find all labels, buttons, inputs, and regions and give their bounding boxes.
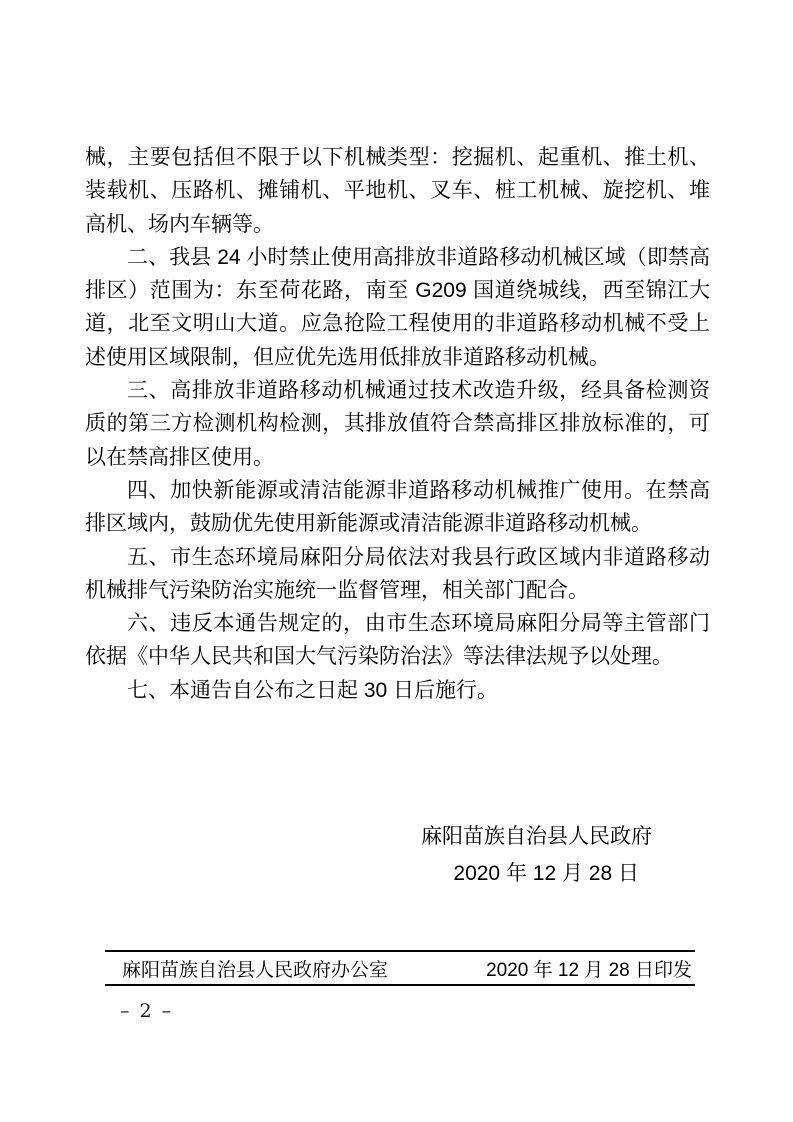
paragraph-clause-3: 三、高排放非道路移动机械通过技术改造升级，经具备检测资质的第三方检测机构检测，其… (85, 374, 710, 474)
colophon-row: 麻阳苗族自治县人民政府办公室 2020 年 12 月 28 日印发 (105, 952, 695, 984)
signature-block: 麻阳苗族自治县人民政府 2020 年 12 月 28 日 (85, 818, 712, 892)
page-number: – 2 – (120, 1000, 173, 1022)
colophon-print-date: 2020 年 12 月 28 日印发 (486, 955, 692, 982)
document-body: 械，主要包括但不限于以下机械类型：挖掘机、起重机、推土机、装载机、压路机、摊铺机… (85, 141, 710, 707)
paragraph-clause-2: 二、我县 24 小时禁止使用高排放非道路移动机械区域（即禁高排区）范围为：东至荷… (85, 241, 710, 374)
signature-issuer: 麻阳苗族自治县人民政府 (85, 818, 712, 855)
document-page: 械，主要包括但不限于以下机械类型：挖掘机、起重机、推土机、装载机、压路机、摊铺机… (0, 0, 793, 1122)
paragraph-clause-5: 五、市生态环境局麻阳分局依法对我县行政区域内非道路移动机械排气污染防治实施统一监… (85, 541, 710, 608)
paragraph-continuation: 械，主要包括但不限于以下机械类型：挖掘机、起重机、推土机、装载机、压路机、摊铺机… (85, 141, 710, 241)
paragraph-clause-6: 六、违反本通告规定的，由市生态环境局麻阳分局等主管部门依据《中华人民共和国大气污… (85, 607, 710, 674)
colophon-office: 麻阳苗族自治县人民政府办公室 (122, 955, 388, 982)
paragraph-clause-4: 四、加快新能源或清洁能源非道路移动机械推广使用。在禁高排区域内，鼓励优先使用新能… (85, 474, 710, 541)
paragraph-clause-7: 七、本通告自公布之日起 30 日后施行。 (85, 674, 710, 707)
signature-date: 2020 年 12 月 28 日 (85, 855, 712, 892)
colophon: 麻阳苗族自治县人民政府办公室 2020 年 12 月 28 日印发 (105, 950, 695, 986)
